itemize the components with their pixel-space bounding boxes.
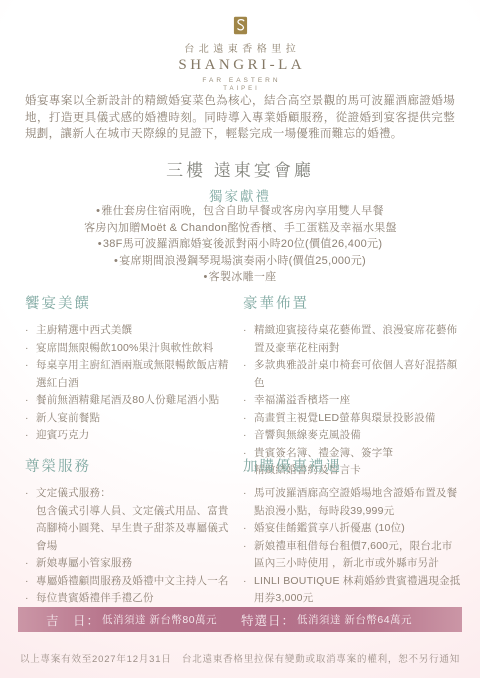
select-day-label: 特選日： [241,611,295,629]
list-item-text: 音響與無線麥克風設備 [254,429,361,441]
hotel-name-chinese: 台北遠東香格里拉 [180,40,301,55]
addons-list: ·馬可波羅酒廊高空證婚場地含證婚布置及餐點浪漫小點，每時段39,999元·婚宴佳… [243,485,462,608]
bullet-icon: · [243,322,247,340]
list-item-text: 每桌享用主廚紅酒兩瓶或無限暢飲飯店精選紅白酒 [36,359,229,389]
list-item-text: 雅仕套房住宿兩晚，包含自助早餐或客房內享用雙人早餐 [101,205,384,217]
list-item-text: 客房內加贈Moët & Chandon酩悅香檳、手工蛋糕及幸福水果盤 [84,222,397,234]
list-item: ·主廚精選中西式美饌 [25,322,237,340]
bullet-icon: • [98,238,102,250]
list-item-text: 專屬婚禮顧問服務及婚禮中文主持人一名 [36,575,229,587]
hotel-wordmark: SHANGRI-LA [175,57,305,74]
section-heading-service: 尊榮服務 [25,455,237,476]
list-item-text: 馬可波羅酒廊高空證婚場地含證婚布置及餐點浪漫小點，每時段39,999元 [254,487,457,517]
auspicious-day-value: 低消須達 新台幣80萬元 [102,612,217,627]
list-item: ·馬可波羅酒廊高空證婚場地含證婚布置及餐點浪漫小點，每時段39,999元 [243,485,462,520]
service-list: ·文定儀式服務：包含儀式引導人員、文定儀式用品、富貴高腳椅小圓凳、早生貴子甜茶及… [25,485,237,608]
bullet-icon: · [25,392,29,410]
bullet-icon: · [25,357,29,375]
list-item: ·精緻迎賓接待桌花藝佈置、浪漫宴席花藝佈置及豪華花柱兩對 [243,322,462,357]
exclusive-gifts-list: •雅仕套房住宿兩晚，包含自助早餐或客房內享用雙人早餐客房內加贈Moët & Ch… [0,203,480,286]
list-item-text: 宴席間無限暢飲100%果汁與軟性飲料 [36,342,213,354]
section-addons: 加購優惠禮遇 ·馬可波羅酒廊高空證婚場地含證婚布置及餐點浪漫小點，每時段39,9… [243,455,462,608]
list-item-text: 精緻迎賓接待桌花藝佈置、浪漫宴席花藝佈置及豪華花柱兩對 [254,324,457,354]
list-item: ·LINLI BOUTIQUE 林莉婚紗貴賓禮遇現金抵用券3,000元 [243,573,462,608]
bullet-icon: • [96,205,100,217]
list-item-text: 迎賓巧克力 [36,429,90,441]
list-item: •38F馬可波羅酒廊婚宴後派對兩小時20位(價值26,400元) [0,236,480,253]
venue-title: 三樓 遠東宴會廳 [0,156,480,181]
list-item: ·高畫質主視覺LED螢幕與環景投影設備 [243,410,462,428]
list-item: ·文定儀式服務： [25,485,237,503]
validity-disclaimer: 以上專案有效至2027年12月31日 台北遠東香格里拉保有變動或取消專案的權利，… [0,651,480,665]
list-item-text: 每位貴賓婚禮伴手禮乙份 [36,592,154,604]
section-dining: 饗宴美饌 ·主廚精選中西式美饌·宴席間無限暢飲100%果汁與軟性飲料·每桌享用主… [25,292,237,445]
list-item-text: 文定儀式服務： [36,487,111,499]
bullet-icon: · [25,573,29,591]
minimum-spend-bar: 吉 日： 低消須達 新台幣80萬元 特選日： 低消須達 新台幣64萬元 [18,607,462,632]
list-item: ·宴席間無限暢飲100%果汁與軟性飲料 [25,340,237,358]
list-item: ·專屬婚禮顧問服務及婚禮中文主持人一名 [25,573,237,591]
list-item: ·迎賓巧克力 [25,427,237,445]
select-day-price: 特選日： 低消須達 新台幣64萬元 [229,611,462,629]
list-item: •雅仕套房住宿兩晚，包含自助早餐或客房內享用雙人早餐 [0,203,480,220]
list-item: ·餐前無酒精雞尾酒及80人份雞尾酒小點 [25,392,237,410]
bullet-icon: • [204,271,208,283]
bullet-icon: · [243,538,247,556]
bullet-icon: · [243,485,247,503]
list-item: ·新娘禮車租借每台租價7,600元，限台北市區內三小時使用 ，新北市或外縣市另計 [243,538,462,573]
bullet-icon: · [25,485,29,503]
bullet-icon: · [25,322,29,340]
hotel-subtitle-far-eastern: FAR EASTERN [199,77,280,84]
bullet-icon: · [25,410,29,428]
list-item: ·新人宴前餐點 [25,410,237,428]
bullet-icon: · [243,573,247,591]
shangri-la-emblem-icon [233,16,248,35]
list-item: ·音響與無線麥克風設備 [243,427,462,445]
bullet-icon: · [243,392,247,410]
list-item: ·婚宴佳餚鑑賞享八折優惠 (10位) [243,520,462,538]
dining-list: ·主廚精選中西式美饌·宴席間無限暢飲100%果汁與軟性飲料·每桌享用主廚紅酒兩瓶… [25,322,237,445]
list-item: •宴席期間浪漫鋼琴現場演奏兩小時(價值25,000元) [0,253,480,270]
list-item-text: 多款典雅設計桌巾椅套可依個人喜好混搭顏色 [254,359,457,389]
list-item-text: 新娘禮車租借每台租價7,600元，限台北市區內三小時使用 ，新北市或外縣市另計 [254,540,452,570]
bullet-icon: · [25,590,29,608]
list-item-text: 婚宴佳餚鑑賞享八折優惠 (10位) [254,522,405,534]
list-item: ·多款典雅設計桌巾椅套可依個人喜好混搭顏色 [243,357,462,392]
hotel-subtitle-taipei: TAIPEI [220,86,260,92]
bullet-icon: · [243,427,247,445]
list-item: ·每位貴賓婚禮伴手禮乙份 [25,590,237,608]
list-item-text: 餐前無酒精雞尾酒及80人份雞尾酒小點 [36,394,219,406]
list-item: 客房內加贈Moët & Chandon酩悅香檳、手工蛋糕及幸福水果盤 [0,220,480,237]
list-item: 包含儀式引導人員、文定儀式用品、富貴高腳椅小圓凳、早生貴子甜茶及專屬儀式會場 [25,503,237,556]
section-heading-addons: 加購優惠禮遇 [243,455,462,476]
list-item-text: 38F馬可波羅酒廊婚宴後派對兩小時20位(價值26,400元) [103,238,382,250]
section-decor: 豪華佈置 ·精緻迎賓接待桌花藝佈置、浪漫宴席花藝佈置及豪華花柱兩對·多款典雅設計… [243,292,462,480]
list-item: ·新娘專屬小管家服務 [25,555,237,573]
auspicious-day-price: 吉 日： 低消須達 新台幣80萬元 [18,611,229,629]
list-item-text: 主廚精選中西式美饌 [36,324,132,336]
bullet-icon: · [243,357,247,375]
wedding-package-flyer: 台北遠東香格里拉 SHANGRI-LA FAR EASTERN TAIPEI 婚… [0,0,480,678]
bullet-icon: · [243,520,247,538]
list-item: ·每桌享用主廚紅酒兩瓶或無限暢飲飯店精選紅白酒 [25,357,237,392]
hotel-logo: 台北遠東香格里拉 SHANGRI-LA FAR EASTERN TAIPEI [0,16,480,92]
bullet-icon: · [25,555,29,573]
list-item-text: 新娘專屬小管家服務 [36,557,132,569]
section-heading-decor: 豪華佈置 [243,292,462,313]
list-item-text: 新人宴前餐點 [36,412,100,424]
list-item-text: 宴席期間浪漫鋼琴現場演奏兩小時(價值25,000元) [119,255,366,267]
list-item-text: 高畫質主視覺LED螢幕與環景投影設備 [254,412,436,424]
bullet-icon: • [114,255,118,267]
bullet-icon: · [243,410,247,428]
list-item: •客製冰雕一座 [0,269,480,286]
select-day-value: 低消須達 新台幣64萬元 [297,612,412,627]
bullet-icon: · [25,340,29,358]
auspicious-day-label: 吉 日： [46,611,100,629]
intro-paragraph: 婚宴專案以全新設計的精緻婚宴菜色為核心，結合高空景觀的馬可波羅酒廊證婚場地，打造… [25,93,455,143]
section-heading-dining: 饗宴美饌 [25,292,237,313]
list-item: ·幸福滿溢香檳塔一座 [243,392,462,410]
section-service: 尊榮服務 ·文定儀式服務：包含儀式引導人員、文定儀式用品、富貴高腳椅小圓凳、早生… [25,455,237,608]
list-item-text: 包含儀式引導人員、文定儀式用品、富貴高腳椅小圓凳、早生貴子甜茶及專屬儀式會場 [36,505,229,552]
list-item-text: 客製冰雕一座 [209,271,277,283]
list-item-text: 幸福滿溢香檳塔一座 [254,394,350,406]
list-item-text: LINLI BOUTIQUE 林莉婚紗貴賓禮遇現金抵用券3,000元 [254,575,460,605]
exclusive-gifts-heading: 獨家獻禮 [0,185,480,205]
bullet-icon: · [25,427,29,445]
